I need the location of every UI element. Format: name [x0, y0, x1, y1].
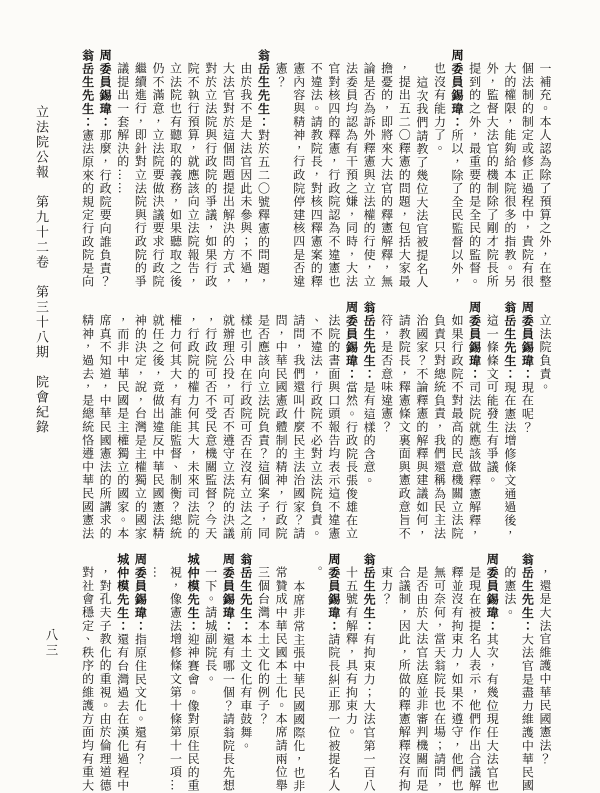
speech-column-speaker: 翁岳生先生：大法官是盡力維護中華民國 [518, 553, 536, 793]
speech-text: 請教院長，釋憲條文裏面與憲政意旨不 [397, 314, 411, 540]
speech-text: 樣也引申在行政院可否在沒有立法之前 [239, 314, 253, 540]
speech-text: 本土文化有車鼓舞。 [239, 633, 253, 753]
speech-column-speaker: 翁岳生先生：對於五二〇號釋憲的問題， [254, 49, 272, 292]
speech-text: 現在呢？ [520, 381, 534, 434]
speech-column-speaker: 翁岳生先生：有拘束力；大法官第一百八 [359, 553, 377, 793]
speech-text: 大法官對於這個問題提出解決的方式， [221, 62, 235, 288]
text-band-bottom: ，還是大法官維護中華民國憲法？翁岳生先生：大法官是盡力維護中華民國的憲法。周委員… [75, 553, 553, 793]
speaker-name: 翁岳生先生： [257, 49, 271, 129]
speech-column: ，對孔夫子教化的重視。由於倫理道德 [96, 553, 114, 793]
speech-column: 的憲法。 [500, 553, 518, 793]
text-band-middle: 立法院負責。周委員錫瑋：現在呢？翁岳生先生：現在憲法增修條文通過後，這一條條文可… [75, 301, 553, 544]
speech-text: 繼續進行，即針對立法院與行政院的爭 [133, 62, 147, 288]
speech-column: 提到的之外，最重要的是全民的監督。 [465, 49, 483, 292]
speech-column: 請問，我們還叫什麼民主法治國家？請 [289, 301, 307, 544]
speech-column: 繼續進行，即針對立法院與行政院的爭 [131, 49, 149, 292]
speech-column: 仍不滿意，立法院要做決議要求行政院 [148, 49, 166, 292]
speech-column: 個法制的制定或修正過程中，貴院有很 [518, 49, 536, 292]
speech-column: 立法院也有聽取的義務，如果聽取之後 [166, 49, 184, 292]
speech-text: 院不執行預算，就應該向立法院報告， [186, 62, 200, 288]
speech-column-speaker: 周委員錫瑋：現在呢？ [518, 301, 536, 544]
speech-column: ，而非中華民國是主權獨立的國家。本 [113, 301, 131, 544]
speaker-name: 翁岳生先生： [362, 301, 376, 381]
speaker-name: 周委員錫瑋： [468, 301, 482, 381]
speech-column-speaker: 翁岳生先生：憲法原來的規定行政院是向 [78, 49, 96, 292]
speaker-name: 城仲模先生： [186, 553, 200, 633]
speech-text: 迎神賽會。像對原住民的重 [186, 633, 200, 793]
speaker-name: 周委員錫瑋： [221, 553, 235, 633]
speech-text: 一下。請城副院長。 [204, 566, 218, 686]
speech-column: 治國家？不論釋憲的解釋與建議如何， [412, 301, 430, 544]
speech-column-speaker: 城仲模先生：還有台灣過去在漢化過程中 [113, 553, 131, 793]
speech-text: 論是否為訴外釋憲與立法權的行使，立 [362, 62, 376, 288]
speech-column: … [148, 553, 166, 793]
speech-column-speaker: 周委員錫瑋：其次，有幾位現任大法官也 [483, 553, 501, 793]
speech-text: ，提出五二〇釋憲的問題，包括大家最 [397, 62, 411, 288]
speech-text: 無可奈何，當天翁院長也在場；請問， [432, 566, 446, 792]
speech-text: … [151, 566, 165, 579]
speech-text: 是否應該向立法院負責？這個案子，同 [257, 314, 271, 540]
speech-column-speaker: 城仲模先生：迎神賽會。像對原住民的重 [184, 553, 202, 793]
speech-column-speaker: 翁岳生先生：現在憲法增修條文通過後， [500, 301, 518, 544]
speech-text: 是否由於大法官法庭並非審判機關而是 [415, 566, 429, 792]
speech-text: 的憲法。 [503, 566, 517, 619]
speech-text: 請問，我們還叫什麼民主法治國家？請 [292, 314, 306, 540]
speech-column: 立法院負責。 [535, 301, 553, 544]
speech-column: 三個台灣本土文化的例子？ [254, 553, 272, 793]
speech-text: 所以，除了全民監督以外， [450, 129, 464, 289]
speech-text: 由於我不是大法官因此未參與；不過， [239, 62, 253, 288]
speaker-name: 周委員錫瑋： [520, 301, 534, 381]
speech-column: 對社會穩定、秩序的維護方面均有重大 [78, 553, 96, 793]
speech-column: ，行政院的權力何其大，未來司法院的 [184, 301, 202, 544]
speech-text: 權力何其大，有誰能監督、制衡？總統 [169, 314, 183, 540]
speech-column: 官對核四的釋憲，行政院認為不違憲也 [324, 49, 342, 292]
speech-column: 合議制，因此，所做的釋憲解釋沒有拘 [395, 553, 413, 793]
speech-column: 就辦理公投，可否不遵守立法院的決議 [219, 301, 237, 544]
speech-column: 由於我不是大法官因此未參與；不過， [236, 49, 254, 292]
speech-text: 對於五二〇號釋憲的問題， [257, 129, 271, 289]
speaker-name: 周委員錫瑋： [98, 49, 112, 129]
speech-column: 十五號有解釋，具有拘束力。 [342, 553, 360, 793]
speech-column: 。 [307, 553, 325, 793]
speech-column: 論是否為訴外釋憲與立法權的行使，立 [359, 49, 377, 292]
speech-column: 權力何其大，有誰能監督、制衡？總統 [166, 301, 184, 544]
speaker-name: 周委員錫瑋： [485, 553, 499, 633]
speech-text: 憲？ [274, 62, 288, 89]
speaker-name: 翁岳生先生： [362, 553, 376, 633]
speech-column: 本席非常主張中華民國國際化，也非 [289, 553, 307, 793]
speech-column: 神的決定，說，台灣是主權獨立的國家 [131, 301, 149, 544]
speech-column: ，還是大法官維護中華民國憲法？ [535, 553, 553, 793]
speech-text: 負責只對總統負責，我們還稱為民主法 [432, 314, 446, 540]
speech-column: 視，像憲法增修條文第十條第十一項… [166, 553, 184, 793]
speech-text: 、不違法，行政院不必對立法院負責。 [309, 314, 323, 540]
speech-column: 這次我們請教了幾位大法官被提名人 [412, 49, 430, 292]
speech-text: 。 [309, 566, 323, 579]
speech-text: ，對孔夫子教化的重視。由於倫理道德 [98, 566, 112, 792]
speech-column-speaker: 周委員錫瑋：當然。行政院長張俊雄在立 [342, 301, 360, 544]
speech-column: 請教院長，釋憲條文裏面與憲政意旨不 [395, 301, 413, 544]
speech-text: 合議制，因此，所做的釋憲解釋沒有拘 [397, 566, 411, 792]
speaker-name: 周委員錫瑋： [327, 553, 341, 633]
speech-column: 不違法。請教院長，對核四釋憲案的釋 [307, 49, 325, 292]
speech-column: 問，中華民國憲政體制的精神，行政院 [272, 301, 290, 544]
speech-text: 是有這樣的含意。 [362, 381, 376, 487]
speech-column: 負責只對總統負責，我們還稱為民主法 [430, 301, 448, 544]
speech-column: 是現在被提名人表示，他們作出合議解 [465, 553, 483, 793]
speech-column: 法院的書面與口頭報告均表示這不違憲 [324, 301, 342, 544]
speech-text: 束力？ [380, 566, 394, 606]
speech-column: ，提出五二〇釋憲的問題，包括大家最 [395, 49, 413, 292]
speech-column: 大法官對於這個問題提出解決的方式， [219, 49, 237, 292]
speech-text: 視，像憲法增修條文第十條第十一項… [169, 566, 183, 792]
speech-text: 立法院負責。 [538, 314, 552, 394]
speech-column: 大的權限，能夠給本院很多的指教。另 [500, 49, 518, 292]
speech-column-speaker: 周委員錫瑋：那麼，行政院要向誰負責？ [96, 49, 114, 292]
speaker-name: 翁岳生先生： [239, 553, 253, 633]
speech-text: 如果行政院不對最高的民意機關立法院 [450, 314, 464, 540]
speech-text: 就辦理公投，可否不遵守立法院的決議 [221, 314, 235, 540]
speech-column-speaker: 翁岳生先生：本土文化有車鼓舞。 [236, 553, 254, 793]
speech-text: 十五號有解釋，具有拘束力。 [344, 566, 358, 739]
speech-column: 院不執行預算，就應該向立法院報告， [184, 49, 202, 292]
speech-text: 現在憲法增修條文通過後， [503, 381, 517, 541]
speech-column: 憲？ [272, 49, 290, 292]
speech-text: ，行政院的權力何其大，未來司法院的 [186, 314, 200, 540]
speech-column-speaker: 周委員錫瑋：還有哪一個？請翁院長先想 [219, 553, 237, 793]
speech-text: ，行政院可否不受民意機關監督？今天 [204, 314, 218, 540]
speech-text: 其次，有幾位現任大法官也 [485, 633, 499, 793]
speech-column: 外，監督大法官的機制除了剛才院長所 [483, 49, 501, 292]
speech-text: 那麼，行政院要向誰負責？ [98, 129, 112, 289]
speech-column: 常贊成中華民國本土化。本席請兩位舉 [272, 553, 290, 793]
speech-column: 對於立法院與行政院的爭議，如果行政 [201, 49, 219, 292]
speech-text: 有拘束力；大法官第一百八 [362, 633, 376, 793]
speaker-name: 翁岳生先生： [520, 553, 534, 633]
speech-text: 問，中華民國憲政體制的精神，行政院 [274, 314, 288, 540]
speech-column-speaker: 周委員錫瑋：司法院就應該做釋憲解釋， [465, 301, 483, 544]
speech-column: 一下。請城副院長。 [201, 553, 219, 793]
speech-text: 個法制的制定或修正過程中，貴院有很 [520, 62, 534, 288]
gazette-page: 立法院公報 第九十二卷 第三十八期 院會紀錄 八三 一補充。本人認為除了預算之外… [0, 0, 600, 793]
speech-text: 是現在被提名人表示，他們作出合議解 [468, 566, 482, 792]
speech-text: 憲法原來的規定行政院是向 [81, 129, 95, 289]
speaker-name: 城仲模先生： [116, 553, 130, 633]
speech-text: 精神，過去，是總統恪遵中華民國憲法 [81, 314, 95, 540]
speech-text: 符，是否意味違憲？ [380, 314, 394, 434]
speech-text: 憲內容與精神，行政院停建核四是否違 [292, 62, 306, 288]
speech-column: 、不違法，行政院不必對立法院負責。 [307, 301, 325, 544]
speech-text: ，而非中華民國是主權獨立的國家。本 [116, 314, 130, 540]
speech-text: 就任之後，竟做出違反中華民國憲法精 [151, 314, 165, 540]
speech-text: 席真不知道，中華民國憲法的所講求的 [98, 314, 112, 540]
speech-text: 指原住民文化。還有？ [133, 633, 147, 766]
speech-text: 法院的書面與口頭報告均表示這不違憲 [327, 314, 341, 540]
speech-text: 這次我們請教了幾位大法官被提名人 [415, 76, 429, 289]
speech-text: 官對核四的釋憲，行政院認為不違憲也 [327, 62, 341, 288]
speech-column-speaker: 周委員錫瑋：指原住民文化。還有？ [131, 553, 149, 793]
speech-text: 還有哪一個？請翁院長先想 [221, 633, 235, 793]
speech-column: 無可奈何，當天翁院長也在場；請問， [430, 553, 448, 793]
speech-text: ，還是大法官維護中華民國憲法？ [538, 566, 552, 766]
speech-text: 這一條條文可能發生有爭議。 [485, 314, 499, 487]
gazette-volume-title: 立法院公報 第九十二卷 第三十八期 院會紀錄 [31, 105, 50, 435]
speech-column: 如果行政院不對最高的民意機關立法院 [447, 301, 465, 544]
speech-column-speaker: 翁岳生先生：是有這樣的含意。 [359, 301, 377, 544]
speech-column: 樣也引申在行政院可否在沒有立法之前 [236, 301, 254, 544]
speech-column: ，行政院可否不受民意機關監督？今天 [201, 301, 219, 544]
speech-text: 議提出一套解決的…… [116, 62, 130, 195]
speech-column: 就任之後，竟做出違反中華民國憲法精 [148, 301, 166, 544]
speech-column: 釋並沒有拘束力，如果不遵守，他們也 [447, 553, 465, 793]
speech-text: 擔憂的，即將來大法官的釋憲解釋，無 [380, 62, 394, 288]
page-number: 八三 [42, 628, 60, 659]
speech-text: 當然。行政院長張俊雄在立 [344, 381, 358, 541]
speech-column: 議提出一套解決的…… [113, 49, 131, 292]
speech-column-speaker: 周委員錫瑋：請院長糾正那一位被提名人 [324, 553, 342, 793]
speech-text: 本席非常主張中華民國國際化，也非 [292, 580, 306, 793]
speech-column: 是否應該向立法院負責？這個案子，同 [254, 301, 272, 544]
speech-text: 仍不滿意，立法院要做決議要求行政院 [151, 62, 165, 288]
speaker-name: 翁岳生先生： [503, 301, 517, 381]
speech-column: 席真不知道，中華民國憲法的所講求的 [96, 301, 114, 544]
speech-column: 一補充。本人認為除了預算之外，在整 [535, 49, 553, 292]
speech-text: 法委員均認為有干預之嫌，同時，大法 [344, 62, 358, 288]
speech-text: 常贊成中華民國本土化。本席請兩位舉 [274, 566, 288, 792]
speech-text: 大的權限，能夠給本院很多的指教。另 [503, 62, 517, 288]
speaker-name: 翁岳生先生： [81, 49, 95, 129]
speech-text: 立法院也有聽取的義務，如果聽取之後 [169, 62, 183, 288]
speech-column: 這一條條文可能發生有爭議。 [483, 301, 501, 544]
speech-text: 一補充。本人認為除了預算之外，在整 [538, 62, 552, 288]
speech-text: 大法官是盡力維護中華民國 [520, 633, 534, 793]
speech-text: 請院長糾正那一位被提名人 [327, 633, 341, 793]
speech-column: 擔憂的，即將來大法官的釋憲解釋，無 [377, 49, 395, 292]
text-band-top: 一補充。本人認為除了預算之外，在整個法制的制定或修正過程中，貴院有很大的權限，能… [75, 49, 553, 292]
speech-text: 治國家？不論釋憲的解釋與建議如何， [415, 314, 429, 540]
speech-text: 也沒有能力了。 [432, 62, 446, 155]
speech-text: 外，監督大法官的機制除了剛才院長所 [485, 62, 499, 288]
speech-text: 神的決定，說，台灣是主權獨立的國家 [133, 314, 147, 540]
speech-column: 憲內容與精神，行政院停建核四是否違 [289, 49, 307, 292]
speaker-name: 周委員錫瑋： [450, 49, 464, 129]
speech-text: 司法院就應該做釋憲解釋， [468, 381, 482, 541]
speech-text: 還有台灣過去在漢化過程中 [116, 633, 130, 793]
speech-text: 不違法。請教院長，對核四釋憲案的釋 [309, 62, 323, 288]
speaker-name: 周委員錫瑋： [133, 553, 147, 633]
speech-text: 釋並沒有拘束力，如果不遵守，他們也 [450, 566, 464, 792]
speech-text: 對於立法院與行政院的爭議，如果行政 [204, 62, 218, 288]
speech-column: 也沒有能力了。 [430, 49, 448, 292]
speech-column: 法委員均認為有干預之嫌，同時，大法 [342, 49, 360, 292]
speech-column: 束力？ [377, 553, 395, 793]
speech-column: 精神，過去，是總統恪遵中華民國憲法 [78, 301, 96, 544]
speaker-name: 周委員錫瑋： [344, 301, 358, 381]
speech-column: 是否由於大法官法庭並非審判機關而是 [412, 553, 430, 793]
speech-text: 對社會穩定、秩序的維護方面均有重大 [81, 566, 95, 792]
speech-column-speaker: 周委員錫瑋：所以，除了全民監督以外， [447, 49, 465, 292]
speech-text: 三個台灣本土文化的例子？ [257, 566, 271, 726]
speech-text: 提到的之外，最重要的是全民的監督。 [468, 62, 482, 288]
speech-column: 符，是否意味違憲？ [377, 301, 395, 544]
